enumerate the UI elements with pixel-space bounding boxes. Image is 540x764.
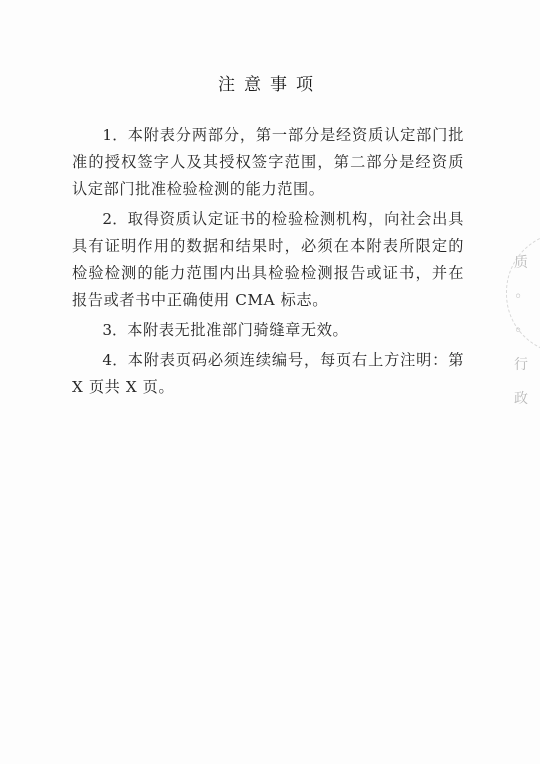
scan-mark xyxy=(215,297,216,303)
note-text: 本附表无批准部门骑缝章无效。 xyxy=(127,321,348,339)
note-number: 1． xyxy=(102,126,127,144)
document-page: 注意事项 1．本附表分两部分，第一部分是经资质认定部门批准的授权签字人及其授权签… xyxy=(0,0,540,764)
notes-list: 1．本附表分两部分，第一部分是经资质认定部门批准的授权签字人及其授权签字范围，第… xyxy=(72,122,464,404)
page-title: 注意事项 xyxy=(0,70,540,95)
note-item-1: 1．本附表分两部分，第一部分是经资质认定部门批准的授权签字人及其授权签字范围，第… xyxy=(72,122,464,203)
note-number: 3． xyxy=(102,321,127,339)
seal-stamp-text: 质 ◦ ◦ 行政 xyxy=(514,246,534,416)
note-item-3: 3．本附表无批准部门骑缝章无效。 xyxy=(72,317,464,344)
note-number: 2． xyxy=(102,210,127,228)
note-text: 取得资质认定证书的检验检测机构，向社会出具具有证明作用的数据和结果时，必须在本附… xyxy=(72,210,464,309)
note-item-4: 4．本附表页码必须连续编号，每页右上方注明：第 X 页共 X 页。 xyxy=(72,347,464,401)
note-text: 本附表页码必须连续编号，每页右上方注明：第 X 页共 X 页。 xyxy=(72,351,464,396)
note-item-2: 2．取得资质认定证书的检验检测机构，向社会出具具有证明作用的数据和结果时，必须在… xyxy=(72,206,464,314)
note-text: 本附表分两部分，第一部分是经资质认定部门批准的授权签字人及其授权签字范围，第二部… xyxy=(72,126,464,198)
note-number: 4． xyxy=(102,351,127,369)
